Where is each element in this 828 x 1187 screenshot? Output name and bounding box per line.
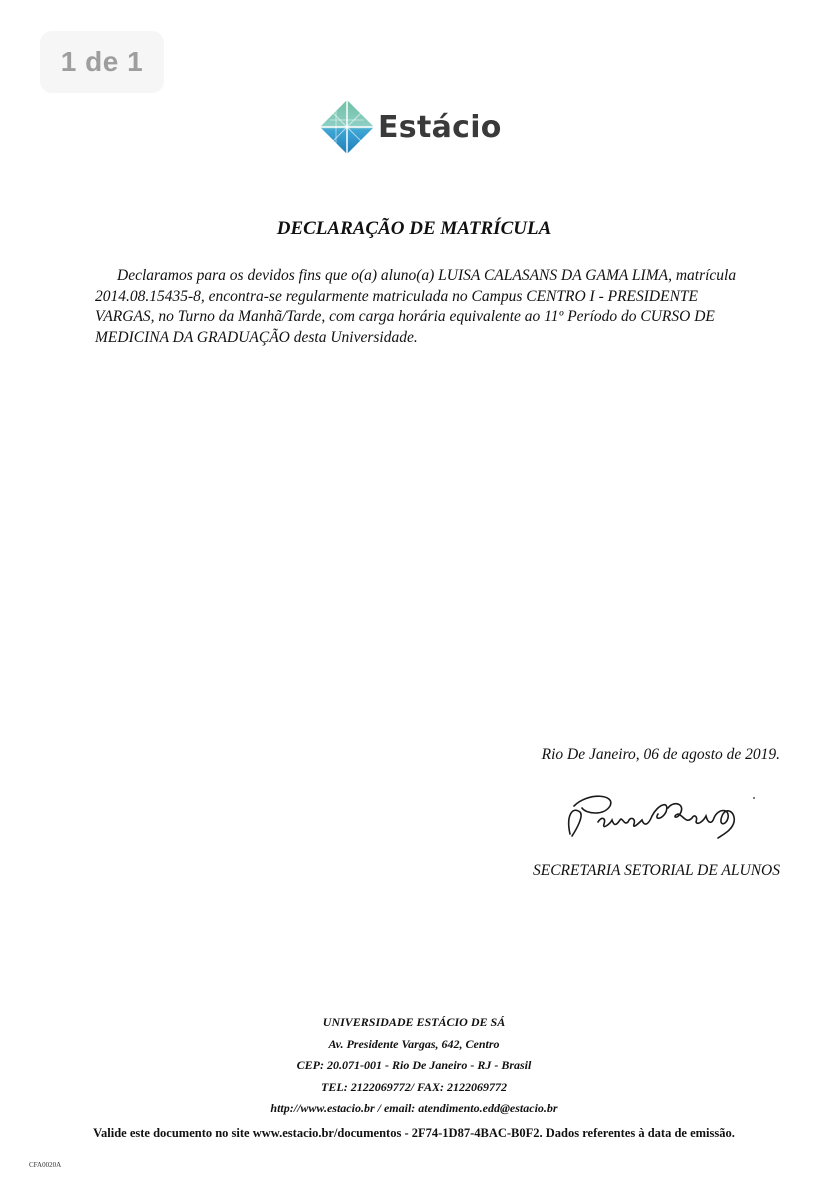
footer-web-email: http://www.estacio.br / email: atendimen… xyxy=(0,1098,828,1120)
estacio-logo: Estácio xyxy=(318,98,502,156)
declaration-body: Declaramos para os devidos fins que o(a)… xyxy=(95,266,745,348)
signatory-label: SECRETARIA SETORIAL DE ALUNOS xyxy=(533,862,780,880)
footer-university: UNIVERSIDADE ESTÁCIO DE SÁ xyxy=(0,1012,828,1034)
document-title: DECLARAÇÃO DE MATRÍCULA xyxy=(0,218,828,240)
footer-phone: TEL: 2122069772/ FAX: 2122069772 xyxy=(0,1077,828,1099)
page-indicator: 1 de 1 xyxy=(40,31,164,93)
date-line: Rio De Janeiro, 06 de agosto de 2019. xyxy=(542,746,780,764)
diamond-grid-logo-icon xyxy=(318,98,376,156)
footer-address: Av. Presidente Vargas, 642, Centro xyxy=(0,1034,828,1056)
logo-text: Estácio xyxy=(378,110,502,145)
footer-cep: CEP: 20.071-001 - Rio De Janeiro - RJ - … xyxy=(0,1055,828,1077)
handwritten-signature-icon xyxy=(558,786,768,846)
validation-notice: Valide este documento no site www.estaci… xyxy=(60,1126,768,1141)
form-code: CFA0020A xyxy=(29,1161,61,1169)
institution-footer: UNIVERSIDADE ESTÁCIO DE SÁ Av. President… xyxy=(0,1012,828,1120)
